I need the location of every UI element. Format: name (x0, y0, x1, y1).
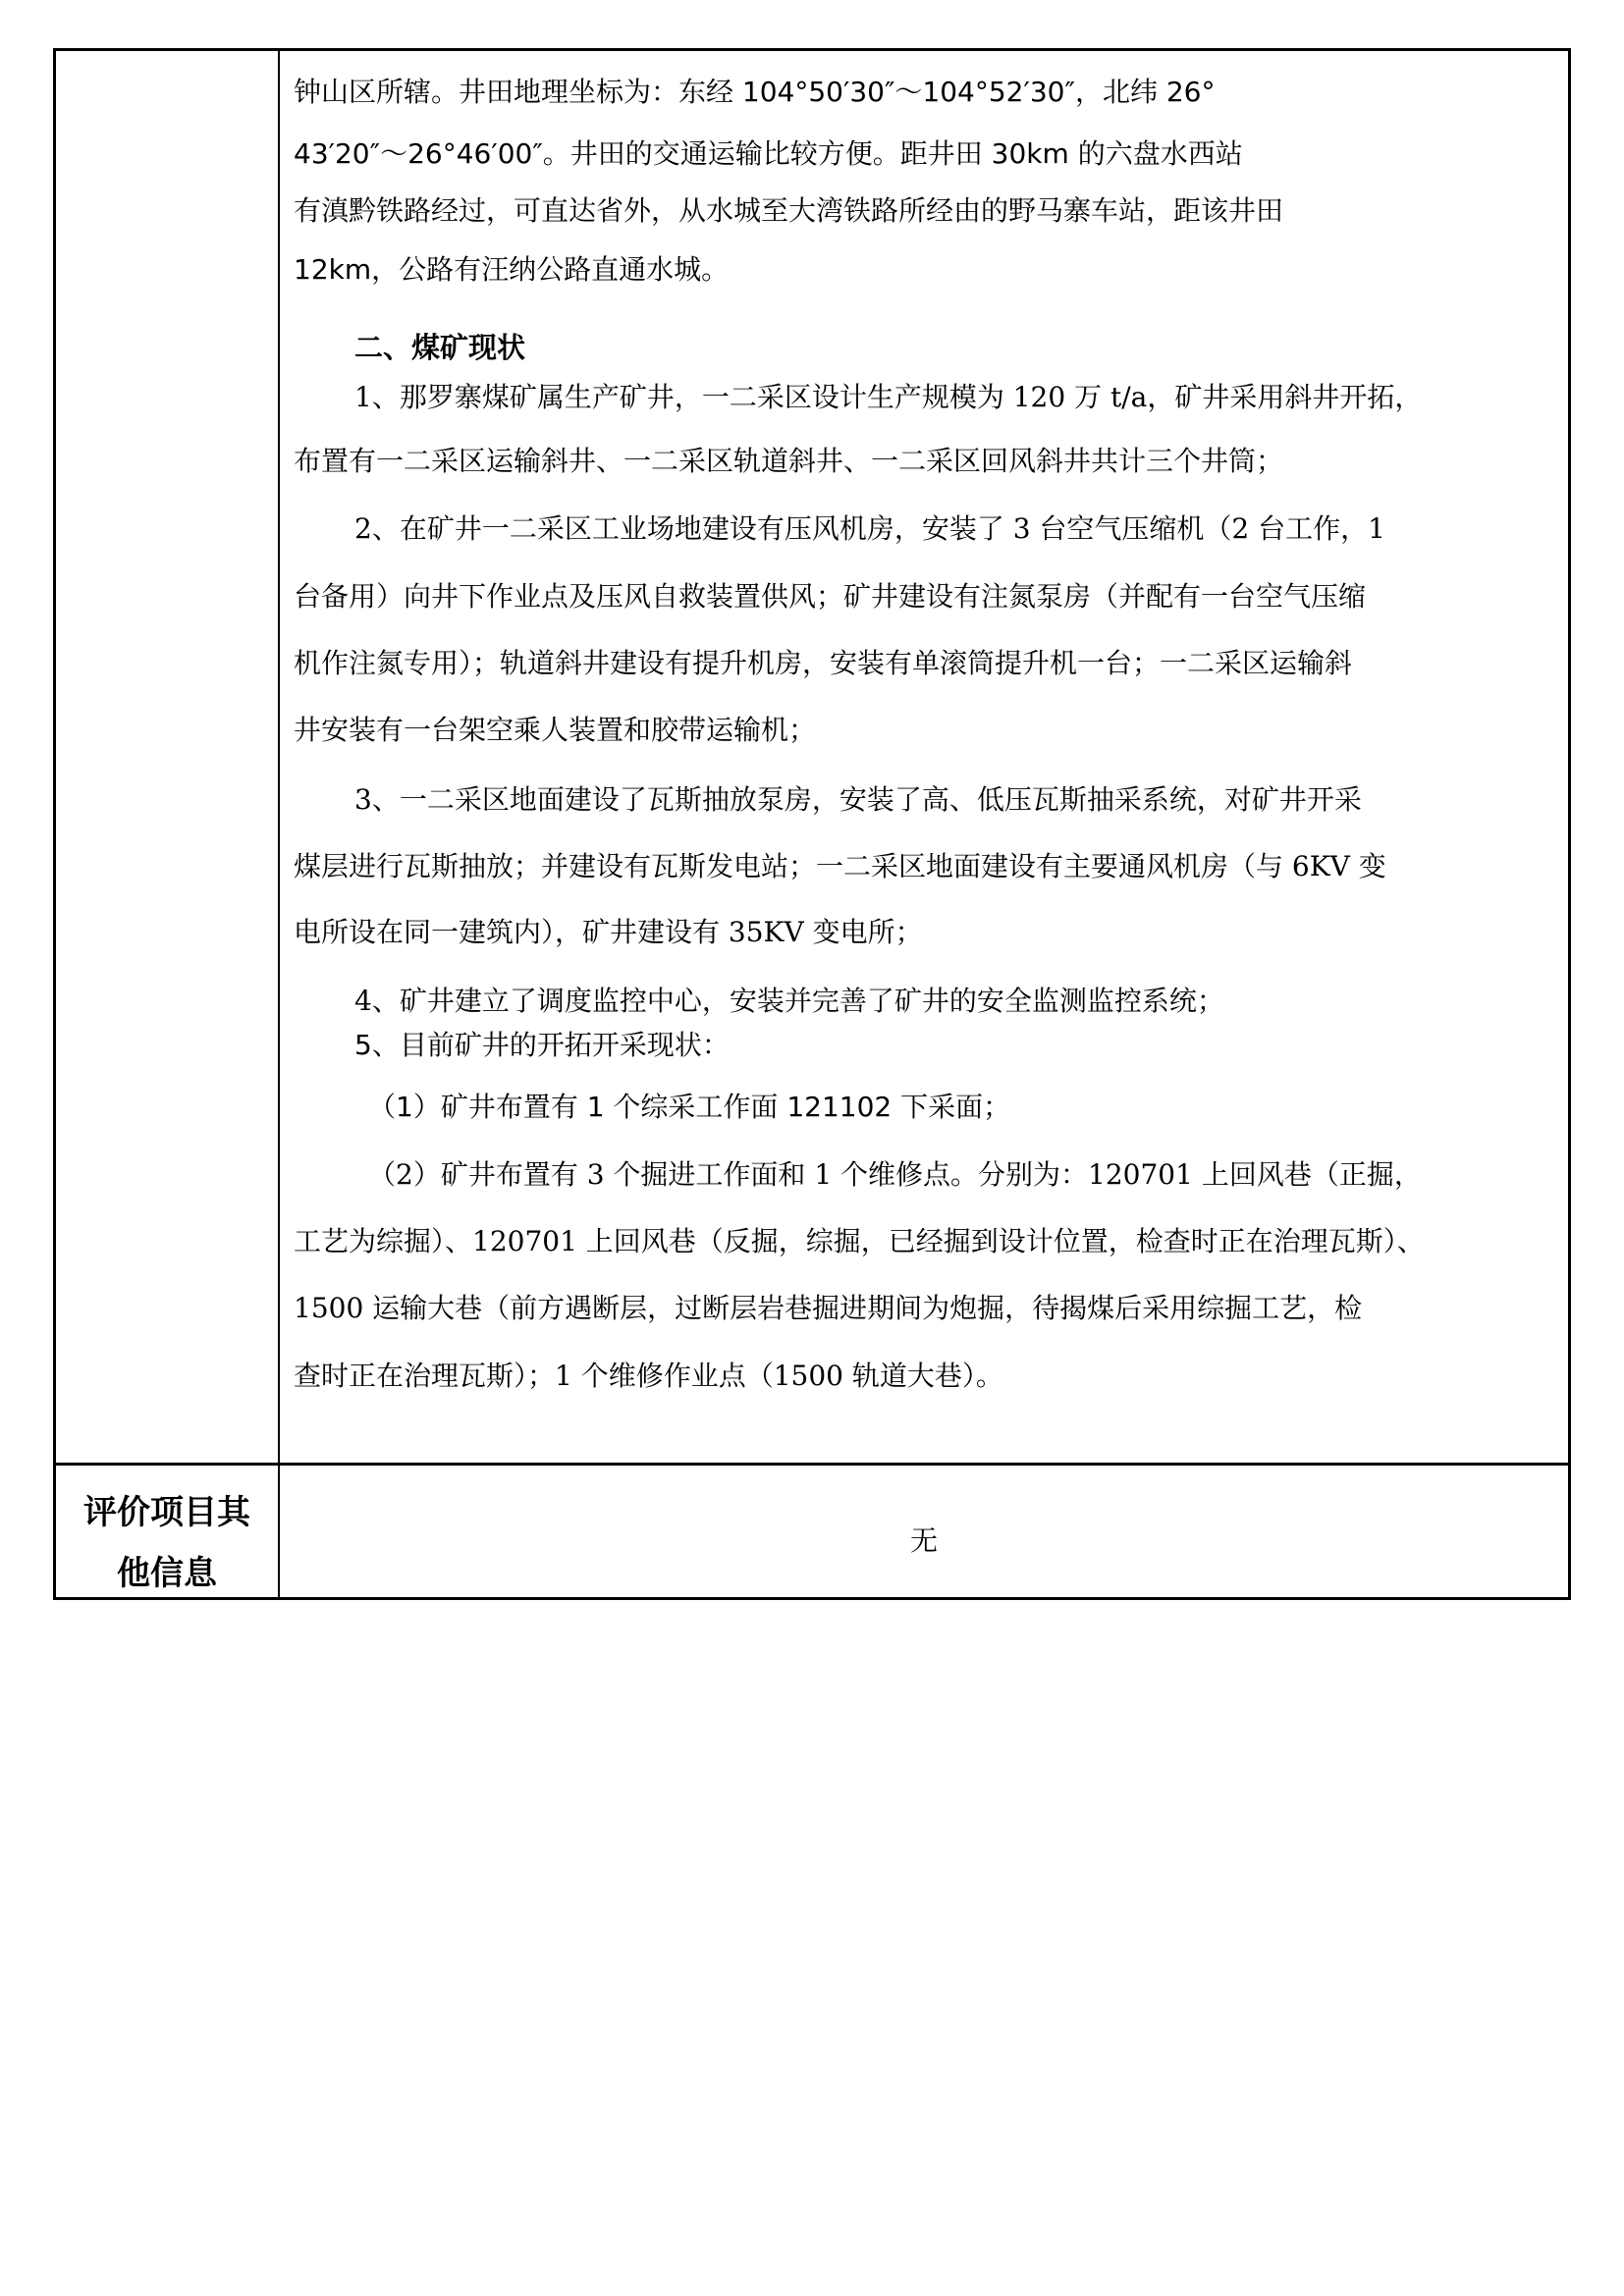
text-line: 钟山区所辖。井田地理坐标为：东经 104°50′30″～104°52′30″，北… (294, 73, 1215, 112)
other-info-value: 无 (280, 1522, 1568, 1561)
text-line: 5、目前矿井的开拓开采现状： (354, 1026, 730, 1065)
text-line: （2）矿井布置有 3 个掘进工作面和 1 个维修点。分别为：120701 上回风… (368, 1155, 1422, 1195)
content-table: 钟山区所辖。井田地理坐标为：东经 104°50′30″～104°52′30″，北… (53, 48, 1571, 1600)
text-line: 电所设在同一建筑内），矿井建设有 35KV 变电所； (294, 913, 923, 952)
section-heading: 二、煤矿现状 (354, 328, 525, 367)
other-info-label-line1: 评价项目其 (56, 1482, 278, 1543)
text-line: 布置有一二采区运输斜井、一二采区轨道斜井、一二采区回风斜井共计三个井筒； (294, 442, 1283, 481)
row-divider (56, 1463, 1568, 1466)
text-line: 井安装有一台架空乘人装置和胶带运输机； (294, 711, 816, 750)
other-info-label-line2: 他信息 (56, 1543, 278, 1604)
text-line: 4、矿井建立了调度监控中心，安装并完善了矿井的安全监测监控系统； (354, 982, 1224, 1021)
text-line: 煤层进行瓦斯抽放；并建设有瓦斯发电站；一二采区地面建设有主要通风机房（与 6KV… (294, 847, 1386, 886)
text-line: 2、在矿井一二采区工业场地建设有压风机房，安装了 3 台空气压缩机（2 台工作，… (354, 509, 1385, 549)
text-line: （1）矿井布置有 1 个综采工作面 121102 下采面； (368, 1088, 1010, 1127)
text-line: 1500 运输大巷（前方遇断层，过断层岩巷掘进期间为炮掘，待揭煤后采用综掘工艺，… (294, 1289, 1362, 1328)
column-divider (278, 51, 280, 1597)
text-line: 12km，公路有汪纳公路直通水城。 (294, 250, 729, 290)
text-line: 机作注氮专用）；轨道斜井建设有提升机房，安装有单滚筒提升机一台；一二采区运输斜 (294, 644, 1352, 683)
text-line: 3、一二采区地面建设了瓦斯抽放泵房，安装了高、低压瓦斯抽采系统，对矿井开采 (354, 780, 1362, 820)
text-line: 43′20″～26°46′00″。井田的交通运输比较方便。距井田 30km 的六… (294, 134, 1243, 174)
text-line: 台备用）向井下作业点及压风自救装置供风；矿井建设有注氮泵房（并配有一台空气压缩 (294, 577, 1366, 616)
text-line: 1、那罗寨煤矿属生产矿井，一二采区设计生产规模为 120 万 t/a，矿井采用斜… (354, 378, 1422, 417)
text-line: 查时正在治理瓦斯）；1 个维修作业点（1500 轨道大巷）。 (294, 1357, 1003, 1396)
text-line: 有滇黔铁路经过，可直达省外，从水城至大湾铁路所经由的野马寨车站，距该井田 (294, 191, 1283, 231)
text-line: 工艺为综掘）、120701 上回风巷（反掘，综掘，已经掘到设计位置，检查时正在治… (294, 1222, 1425, 1261)
